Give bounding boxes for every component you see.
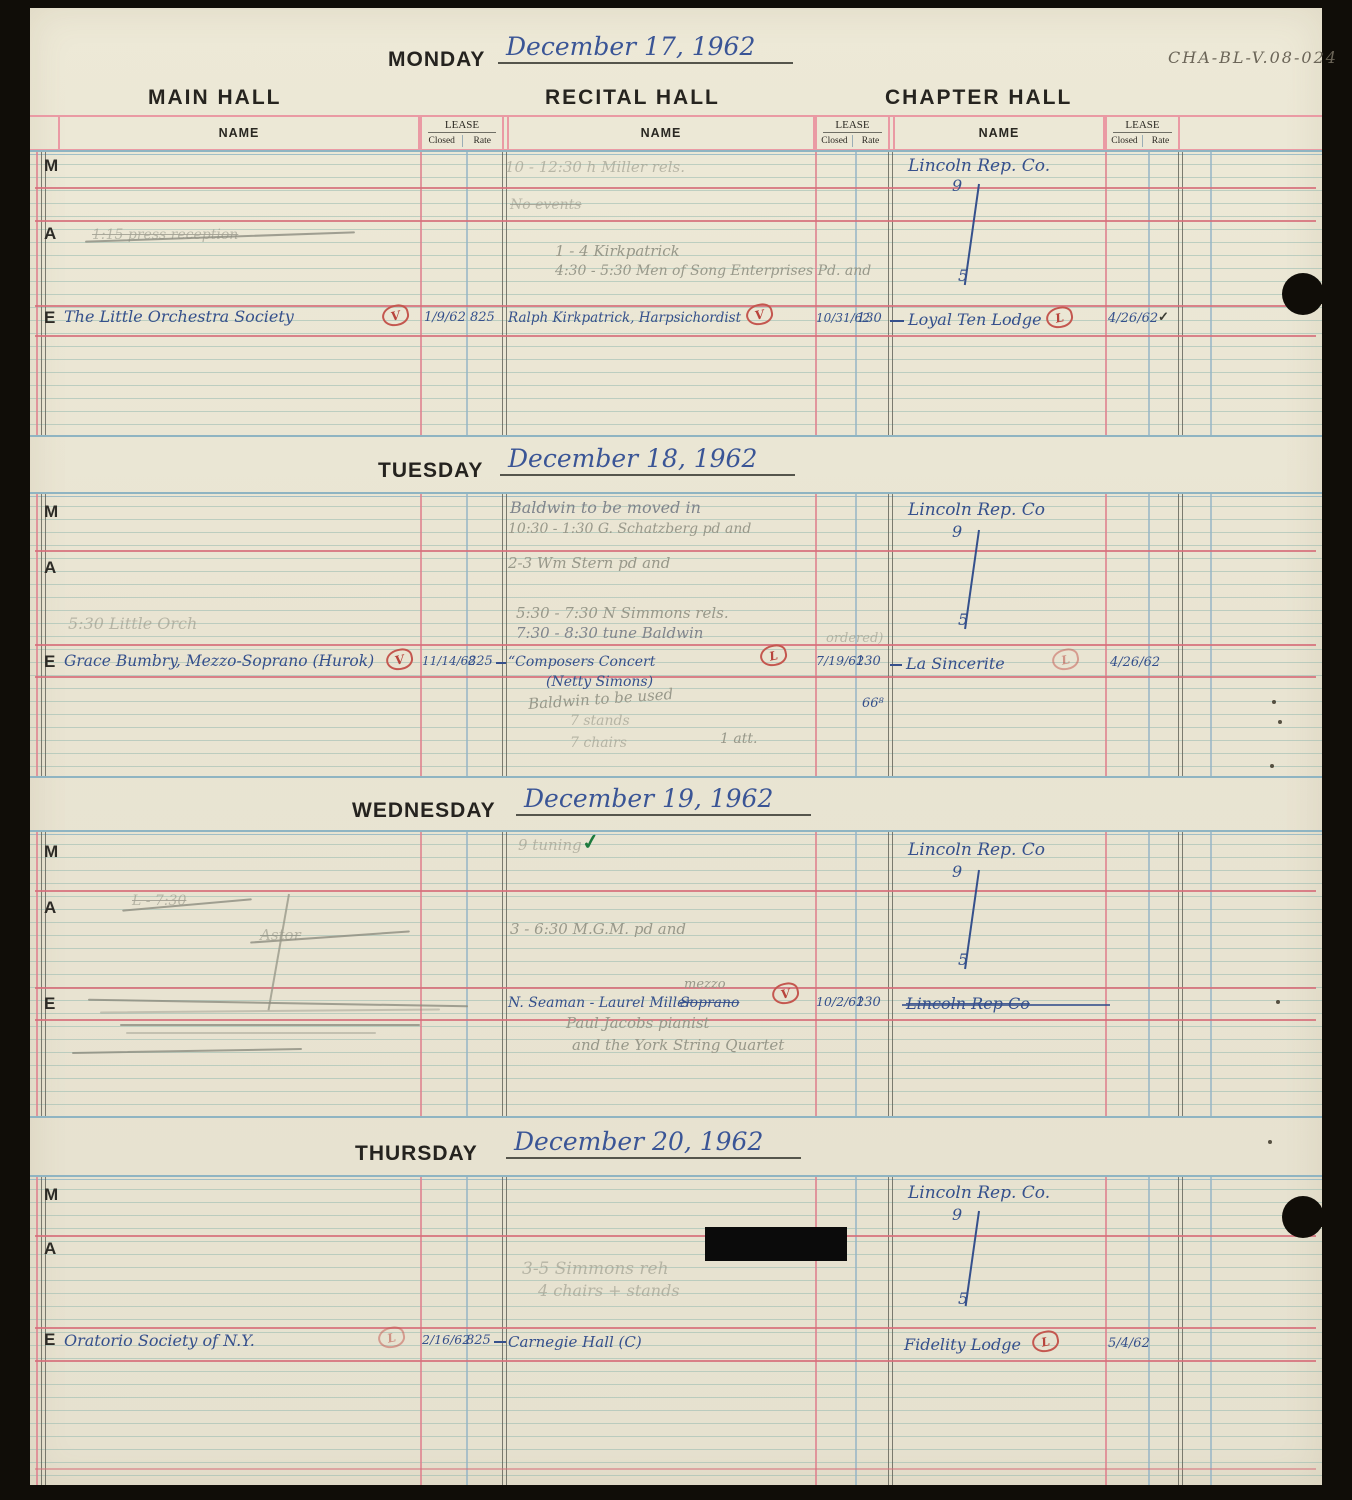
lease-mark-circle: L: [1030, 1328, 1061, 1354]
recital-morning-note: 9 tuning: [518, 838, 582, 853]
crossed-out-scribble: [88, 999, 468, 1008]
paper-speck: [1272, 700, 1276, 704]
rate-label: Rate: [463, 136, 503, 146]
day-date-thursday: December 20, 1962: [506, 1129, 801, 1159]
header-name-main: NAME: [58, 117, 420, 149]
crossed-out-scribble: [72, 1048, 302, 1054]
paper-speck: [1276, 1000, 1280, 1004]
recital-pencil-note-2: 7 stands: [570, 714, 630, 728]
row-label-morning: M: [44, 156, 59, 176]
chapter-time-start: 9: [952, 864, 962, 880]
chapter-lease-closed: 4/26/62: [1108, 312, 1158, 325]
grid-tuesday: M A E Baldwin to be moved in 10:30 - 1:3…: [30, 492, 1322, 778]
day-date-monday: December 17, 1962: [498, 34, 793, 64]
header-name-chapter: NAME: [893, 117, 1105, 149]
grid-monday: M A E 10 - 12:30 h Miller rels. No event…: [30, 150, 1322, 437]
recital-lease-rate-2: 66⁸: [862, 697, 884, 710]
connector-dash: [494, 1341, 506, 1343]
hall-title-chapter: CHAPTER HALL: [885, 86, 1072, 110]
main-evening-name: The Little Orchestra Society: [64, 309, 294, 325]
chapter-time-start: 9: [952, 178, 962, 194]
chapter-occupant: Lincoln Rep. Co: [908, 842, 1045, 859]
recital-inserted-word: mezzo: [684, 978, 726, 991]
recital-evening-name: “Composers Concert: [508, 655, 655, 669]
pencil-stroke: [268, 894, 290, 1010]
strike-line: [902, 1004, 1110, 1006]
chapter-lease-closed: 4/26/62: [1110, 656, 1160, 669]
row-label-morning: M: [44, 502, 59, 522]
chapter-time-end: 5: [958, 952, 968, 968]
check-mark: ✓: [1158, 310, 1169, 323]
row-label-afternoon: A: [44, 224, 57, 244]
connector-dash: [890, 320, 904, 322]
header-lease-main: LEASE ClosedRate: [420, 117, 504, 149]
grid-wednesday: M A E 9 tuning ✓ 3 - 6:30 M.G.M. pd and …: [30, 830, 1322, 1118]
row-label-afternoon: A: [44, 558, 57, 578]
grid-thursday: M A E 3-5 Simmons reh 4 chairs + stands …: [30, 1175, 1322, 1485]
recital-pencil-note-1: Paul Jacobs pianist: [566, 1016, 710, 1031]
recital-pencil-note-3: 7 chairs: [570, 736, 627, 750]
recital-afternoon-note-1: 1 - 4 Kirkpatrick: [555, 244, 680, 259]
recital-lease-rate: 130: [856, 996, 881, 1009]
recital-evening-name: N. Seaman - Laurel Miller: [508, 996, 692, 1010]
recital-morning-note: 10 - 12:30 h Miller rels.: [505, 160, 685, 175]
recital-crossed-word: Soprano: [680, 996, 739, 1010]
day-label-wednesday: WEDNESDAY: [352, 799, 496, 823]
chapter-time-end: 5: [958, 1291, 968, 1307]
chapter-time-start: 9: [952, 1207, 962, 1223]
recital-pencil-note-2: 4 chairs + stands: [538, 1283, 680, 1299]
chapter-evening-name: Fidelity Lodge: [904, 1337, 1021, 1353]
chapter-time-end: 5: [958, 612, 968, 628]
row-label-evening: E: [44, 652, 56, 672]
recital-morning-note-1: Baldwin to be moved in: [510, 500, 701, 516]
row-label-afternoon: A: [44, 1239, 57, 1259]
header-lease-recital: LEASE ClosedRate: [815, 117, 890, 149]
main-lease-rate: 825: [470, 311, 495, 324]
main-lease-closed: 1/9/62: [424, 311, 466, 324]
recital-afternoon-note-3: 7:30 - 8:30 tune Baldwin: [516, 626, 703, 641]
chapter-time-start: 9: [952, 524, 962, 540]
chapter-lease-closed: 5/4/62: [1108, 1337, 1150, 1350]
hall-title-main: MAIN HALL: [148, 86, 281, 110]
recital-morning-note-2: 10:30 - 1:30 G. Schatzberg pd and: [508, 522, 751, 536]
lease-mark-circle: L: [1050, 646, 1081, 672]
lease-mark-circle: V: [384, 646, 415, 672]
row-label-morning: M: [44, 1185, 59, 1205]
closed-label: Closed: [422, 136, 462, 146]
lease-mark-circle: L: [758, 642, 789, 668]
lease-mark-circle: V: [770, 980, 801, 1006]
day-date-tuesday: December 18, 1962: [500, 446, 795, 476]
lease-mark-circle: L: [1044, 304, 1075, 330]
crossed-out-scribble: [100, 1009, 440, 1014]
chapter-evening-name: Loyal Ten Lodge: [908, 312, 1042, 328]
chapter-occupant: Lincoln Rep. Co.: [908, 158, 1050, 175]
row-label-morning: M: [44, 842, 59, 862]
ledger-page: CHA-BL-V.08-024 MONDAY December 17, 1962…: [30, 8, 1322, 1485]
chapter-occupant: Lincoln Rep. Co.: [908, 1185, 1050, 1202]
connector-dash: [496, 662, 506, 664]
day-label-tuesday: TUESDAY: [378, 459, 483, 483]
recital-crossed-note: No events: [510, 198, 581, 212]
main-pre-evening-note: 5:30 Little Orch: [68, 616, 197, 632]
recital-afternoon-note: 3 - 6:30 M.G.M. pd and: [510, 922, 686, 937]
day-label-monday: MONDAY: [388, 48, 485, 72]
row-label-evening: E: [44, 994, 56, 1014]
recital-lease-rate: 130: [856, 655, 881, 668]
recital-afternoon-note-2: 4:30 - 5:30 Men of Song Enterprises Pd. …: [555, 264, 871, 278]
crossed-out-scribble: [126, 1032, 376, 1034]
lease-label: LEASE: [428, 119, 496, 133]
page-reference: CHA-BL-V.08-024: [1168, 50, 1338, 66]
main-lease-rate: 825: [466, 1334, 491, 1347]
day-date-wednesday: December 19, 1962: [516, 786, 811, 816]
recital-afternoon-note-2: 5:30 - 7:30 N Simmons rels.: [516, 606, 729, 621]
chapter-occupant: Lincoln Rep. Co: [908, 502, 1045, 519]
row-label-evening: E: [44, 1330, 56, 1350]
crossed-out-scribble: [120, 1024, 420, 1026]
redaction-box: [705, 1227, 847, 1261]
recital-pencil-note-1: 3-5 Simmons reh: [522, 1261, 669, 1278]
day-label-thursday: THURSDAY: [355, 1142, 478, 1166]
recital-pencil-note-2: and the York String Quartet: [572, 1038, 784, 1053]
main-lease-rate: 825: [468, 655, 493, 668]
chapter-evening-name: La Sincerite: [906, 656, 1005, 672]
main-evening-name: Oratorio Society of N.Y.: [64, 1333, 255, 1349]
green-check-mark: ✓: [581, 831, 601, 854]
hall-title-recital: RECITAL HALL: [545, 86, 720, 110]
paper-speck: [1270, 764, 1274, 768]
row-label-evening: E: [44, 308, 56, 328]
recital-afternoon-note-1: 2-3 Wm Stern pd and: [508, 556, 670, 571]
header-name-recital: NAME: [507, 117, 815, 149]
paper-speck: [1268, 1140, 1272, 1144]
connector-dash: [890, 664, 902, 666]
main-lease-closed: 2/16/62: [422, 1334, 470, 1347]
chapter-time-end: 5: [958, 268, 968, 284]
recital-lease-rate: 130: [857, 312, 882, 325]
main-evening-name: Grace Bumbry, Mezzo-Soprano (Hurok): [64, 654, 374, 670]
recital-evening-name: Carnegie Hall (C): [508, 1335, 642, 1350]
header-lease-chapter: LEASE ClosedRate: [1105, 117, 1180, 149]
binder-hole-tab: [1318, 1209, 1352, 1227]
recital-pencil-note-1: Baldwin to be used: [528, 687, 674, 712]
recital-evening-name: Ralph Kirkpatrick, Harpsichordist: [508, 312, 741, 326]
row-label-afternoon: A: [44, 898, 57, 918]
recital-pencil-ordered: ordered): [826, 632, 883, 645]
column-header-band: NAME LEASE ClosedRate NAME LEASE ClosedR…: [30, 115, 1322, 151]
binder-hole-tab: [1318, 286, 1352, 304]
paper-speck: [1278, 720, 1282, 724]
recital-pencil-note-4: 1 att.: [720, 732, 757, 746]
